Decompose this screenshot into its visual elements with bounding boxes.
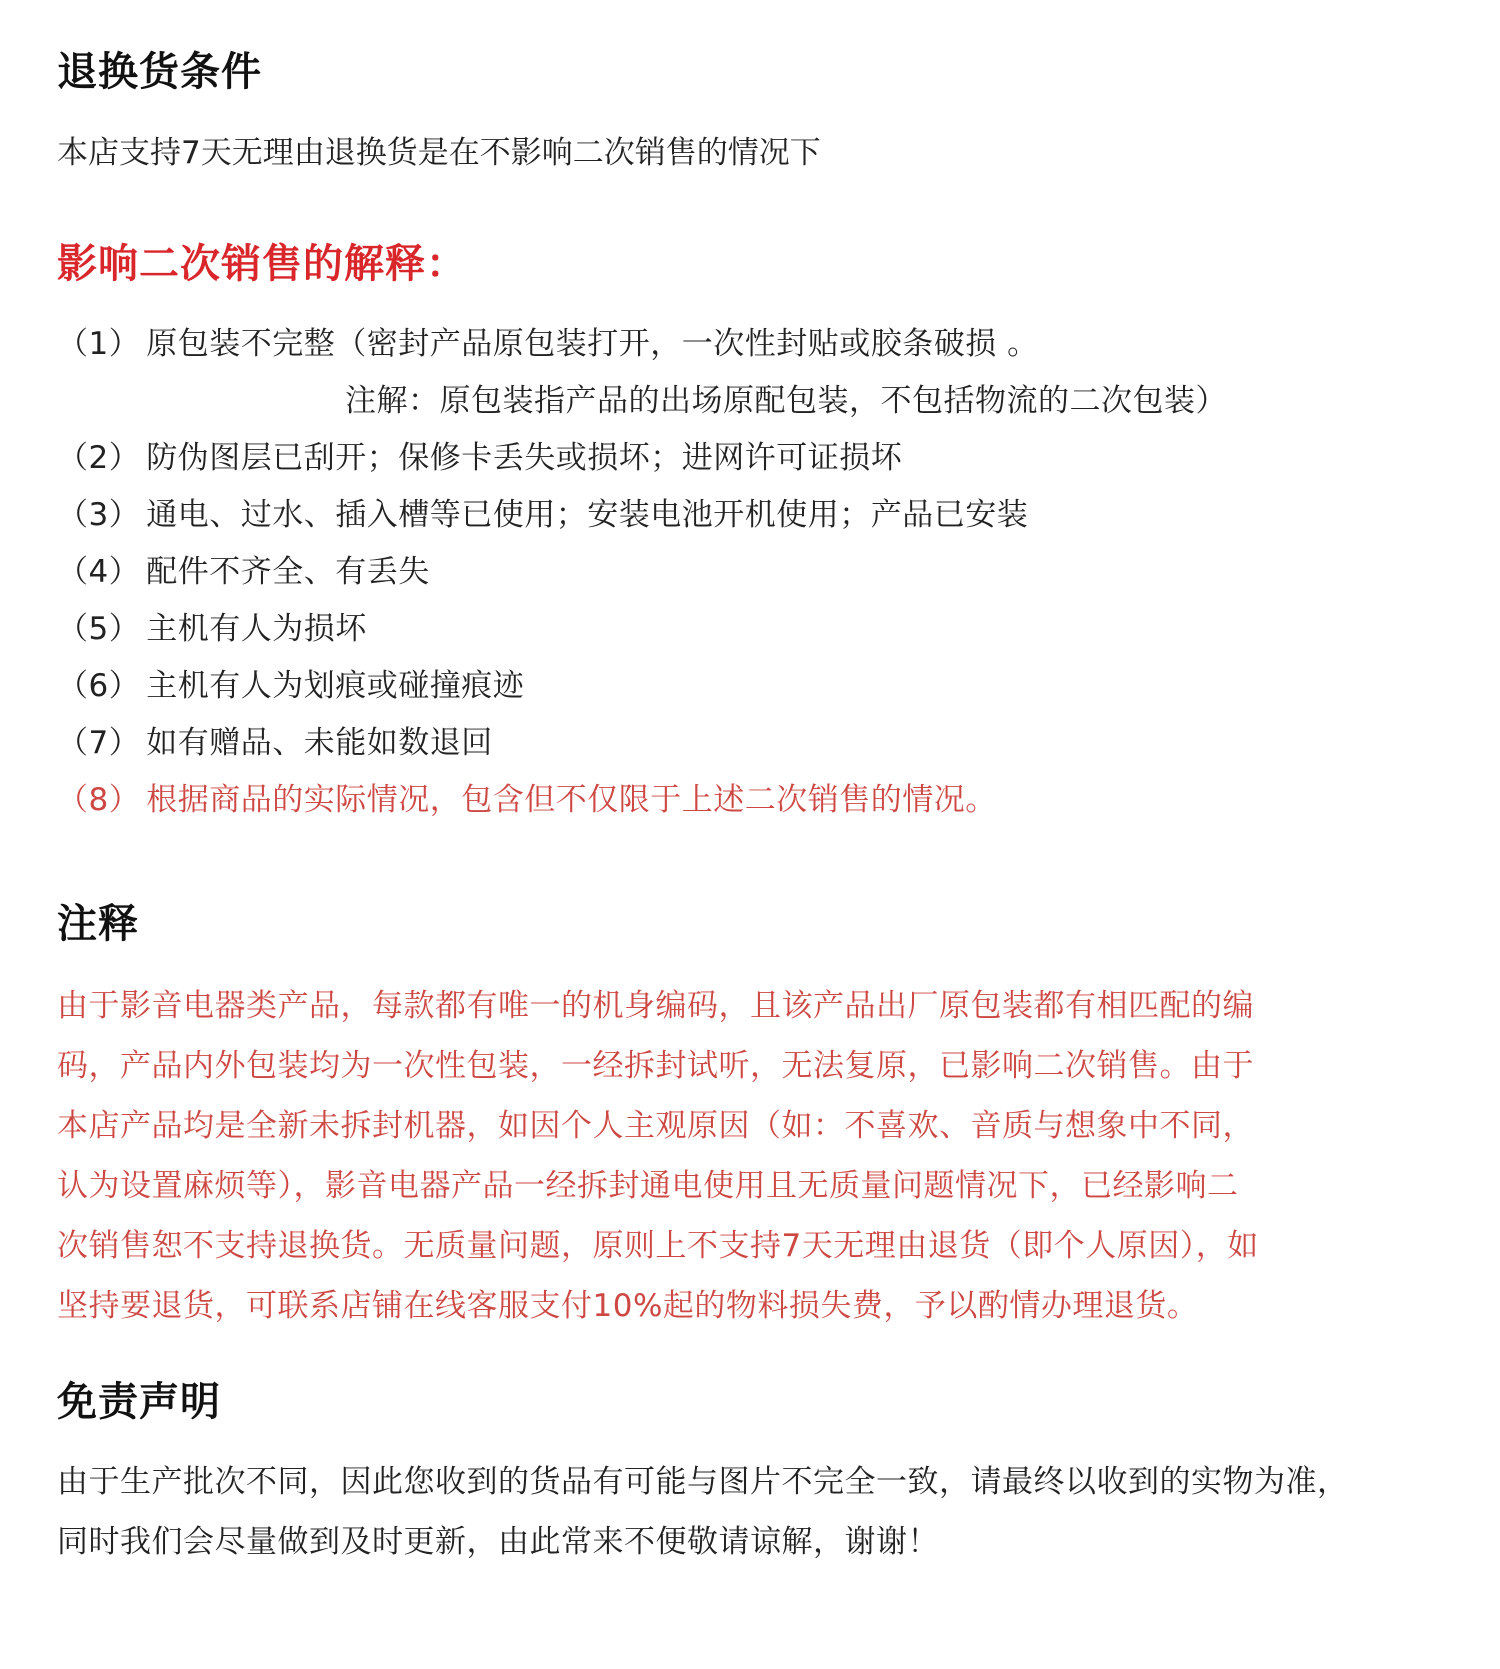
- section-secondary-sales-explanation: 影响二次销售的解释： （1） 原包装不完整（密封产品原包装打开，一次性封贴或胶条…: [57, 240, 1445, 820]
- notes-paragraph: 由于影音电器类产品，每款都有唯一的机身编码，且该产品出厂原包装都有相匹配的编 码…: [57, 976, 1445, 1336]
- list-item-text: 通电、过水、插入槽等已使用；安装电池开机使用；产品已安装: [146, 495, 1028, 535]
- notes-line-5: 次销售恕不支持退换货。无质量问题，原则上不支持7天无理由退货（即个人原因），如: [57, 1216, 1445, 1276]
- list-item-7: （7） 如有赠品、未能如数退回: [57, 723, 1445, 763]
- product-policy-page: 退换货条件 本店支持7天无理由退换货是在不影响二次销售的情况下 影响二次销售的解…: [0, 0, 1500, 1669]
- list-item-text: 防伪图层已刮开；保修卡丢失或损坏；进网许可证损坏: [146, 438, 902, 478]
- list-item-1-note: 注解：原包装指产品的出场原配包装，不包括物流的二次包装）: [57, 381, 1445, 421]
- notes-line-3: 本店产品均是全新未拆封机器，如因个人主观原因（如：不喜欢、音质与想象中不同，: [57, 1096, 1445, 1156]
- list-item-5: （5） 主机有人为损坏: [57, 609, 1445, 649]
- list-item-text: 如有赠品、未能如数退回: [146, 723, 493, 763]
- list-item-number: （6）: [57, 666, 140, 706]
- secondary-sales-list: （1） 原包装不完整（密封产品原包装打开，一次性封贴或胶条破损 。 注解：原包装…: [57, 324, 1445, 820]
- list-item-6: （6） 主机有人为划痕或碰撞痕迹: [57, 666, 1445, 706]
- return-conditions-intro: 本店支持7天无理由退换货是在不影响二次销售的情况下: [57, 134, 1445, 172]
- list-item-text: 原包装不完整（密封产品原包装打开，一次性封贴或胶条破损 。: [146, 324, 1038, 364]
- notes-line-6: 坚持要退货，可联系店铺在线客服支付10%起的物料损失费，予以酌情办理退货。: [57, 1276, 1445, 1336]
- disclaimer-line-1: 由于生产批次不同，因此您收到的货品有可能与图片不完全一致，请最终以收到的实物为准…: [57, 1452, 1445, 1512]
- list-item-number: （7）: [57, 723, 140, 763]
- section-disclaimer: 免责声明 由于生产批次不同，因此您收到的货品有可能与图片不完全一致，请最终以收到…: [57, 1378, 1445, 1572]
- list-item-text: 配件不齐全、有丢失: [146, 552, 430, 592]
- section-return-conditions: 退换货条件 本店支持7天无理由退换货是在不影响二次销售的情况下: [57, 48, 1445, 172]
- notes-line-1: 由于影音电器类产品，每款都有唯一的机身编码，且该产品出厂原包装都有相匹配的编: [57, 976, 1445, 1036]
- list-item-2: （2） 防伪图层已刮开；保修卡丢失或损坏；进网许可证损坏: [57, 438, 1445, 478]
- list-item-1: （1） 原包装不完整（密封产品原包装打开，一次性封贴或胶条破损 。: [57, 324, 1445, 364]
- list-item-number: （8）: [57, 780, 140, 820]
- list-item-number: （2）: [57, 438, 140, 478]
- list-item-8: （8） 根据商品的实际情况，包含但不仅限于上述二次销售的情况。: [57, 780, 1445, 820]
- list-item-number: （1）: [57, 324, 140, 364]
- notes-line-4: 认为设置麻烦等），影音电器产品一经拆封通电使用且无质量问题情况下，已经影响二: [57, 1156, 1445, 1216]
- list-item-number: （3）: [57, 495, 140, 535]
- list-item-number: （4）: [57, 552, 140, 592]
- list-item-text: 主机有人为划痕或碰撞痕迹: [146, 666, 524, 706]
- secondary-sales-title: 影响二次销售的解释：: [57, 240, 1445, 288]
- disclaimer-title: 免责声明: [57, 1378, 1445, 1426]
- notes-line-2: 码，产品内外包装均为一次性包装，一经拆封试听，无法复原，已影响二次销售。由于: [57, 1036, 1445, 1096]
- disclaimer-paragraph: 由于生产批次不同，因此您收到的货品有可能与图片不完全一致，请最终以收到的实物为准…: [57, 1452, 1445, 1572]
- disclaimer-line-2: 同时我们会尽量做到及时更新，由此常来不便敬请谅解，谢谢！: [57, 1512, 1445, 1572]
- list-item-3: （3） 通电、过水、插入槽等已使用；安装电池开机使用；产品已安装: [57, 495, 1445, 535]
- list-item-text: 根据商品的实际情况，包含但不仅限于上述二次销售的情况。: [146, 780, 997, 820]
- list-item-4: （4） 配件不齐全、有丢失: [57, 552, 1445, 592]
- return-conditions-title: 退换货条件: [57, 48, 1445, 96]
- list-item-number: （5）: [57, 609, 140, 649]
- section-notes: 注释 由于影音电器类产品，每款都有唯一的机身编码，且该产品出厂原包装都有相匹配的…: [57, 900, 1445, 1336]
- list-item-text: 主机有人为损坏: [146, 609, 367, 649]
- notes-title: 注释: [57, 900, 1445, 948]
- list-item-note-text: 注解：原包装指产品的出场原配包装，不包括物流的二次包装）: [345, 381, 1227, 421]
